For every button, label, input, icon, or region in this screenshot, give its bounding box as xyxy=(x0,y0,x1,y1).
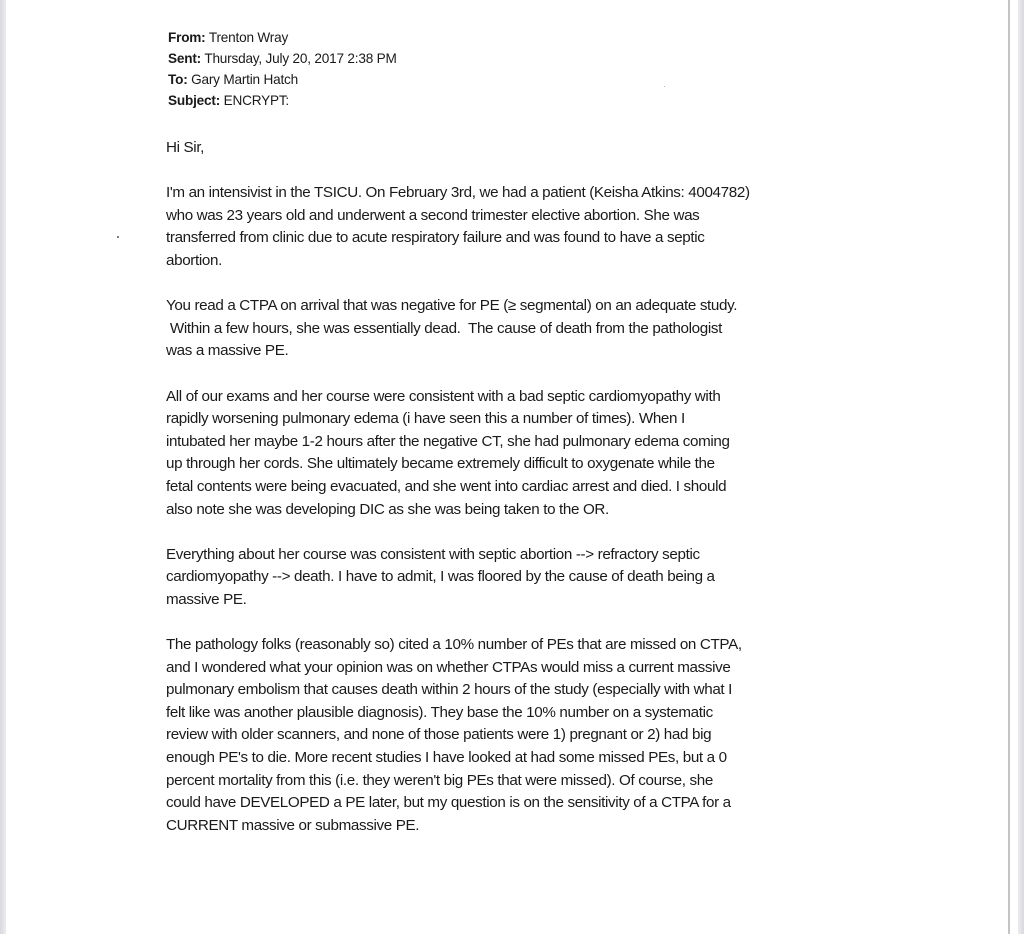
body-line: abortion. xyxy=(166,250,866,273)
body-line: CURRENT massive or submassive PE. xyxy=(166,815,866,838)
body-line: Everything about her course was consiste… xyxy=(166,544,866,567)
body-line: The pathology folks (reasonably so) cite… xyxy=(166,634,866,657)
to-label: To: xyxy=(168,72,188,87)
body-line: I'm an intensivist in the TSICU. On Febr… xyxy=(166,182,866,205)
header-to: To: Gary Martin Hatch xyxy=(168,69,397,90)
body-line: You read a CTPA on arrival that was nega… xyxy=(166,295,866,318)
subject-value: ENCRYPT: xyxy=(224,93,289,108)
header-subject: Subject: ENCRYPT: xyxy=(168,90,397,111)
paragraph-5: The pathology folks (reasonably so) cite… xyxy=(166,634,866,837)
scan-speck xyxy=(117,236,119,238)
to-value: Gary Martin Hatch xyxy=(191,72,298,87)
paragraph-1: I'm an intensivist in the TSICU. On Febr… xyxy=(166,182,866,272)
body-line: review with older scanners, and none of … xyxy=(166,724,866,747)
greeting: Hi Sir, xyxy=(166,137,866,160)
body-line: was a massive PE. xyxy=(166,340,866,363)
sent-value: Thursday, July 20, 2017 2:38 PM xyxy=(204,51,396,66)
body-line: intubated her maybe 1-2 hours after the … xyxy=(166,431,866,454)
from-value: Trenton Wray xyxy=(209,30,288,45)
email-printout-page: From: Trenton Wray Sent: Thursday, July … xyxy=(0,0,1024,934)
scan-speck xyxy=(664,86,665,87)
body-line: All of our exams and her course were con… xyxy=(166,386,866,409)
body-line: percent mortality from this (i.e. they w… xyxy=(166,770,866,793)
body-line: pulmonary embolism that causes death wit… xyxy=(166,679,866,702)
body-line: up through her cords. She ultimately bec… xyxy=(166,453,866,476)
email-body: Hi Sir, I'm an intensivist in the TSICU.… xyxy=(166,137,866,860)
body-line: could have DEVELOPED a PE later, but my … xyxy=(166,792,866,815)
body-line: and I wondered what your opinion was on … xyxy=(166,657,866,680)
body-line: Within a few hours, she was essentially … xyxy=(166,318,866,341)
greeting-text: Hi Sir, xyxy=(166,137,866,160)
body-line: cardiomyopathy --> death. I have to admi… xyxy=(166,566,866,589)
header-from: From: Trenton Wray xyxy=(168,27,397,48)
body-line: felt like was another plausible diagnosi… xyxy=(166,702,866,725)
body-line: also note she was developing DIC as she … xyxy=(166,499,866,522)
paragraph-2: You read a CTPA on arrival that was nega… xyxy=(166,295,866,363)
from-label: From: xyxy=(168,30,206,45)
body-line: fetal contents were being evacuated, and… xyxy=(166,476,866,499)
email-header: From: Trenton Wray Sent: Thursday, July … xyxy=(168,27,397,111)
subject-label: Subject: xyxy=(168,93,220,108)
header-sent: Sent: Thursday, July 20, 2017 2:38 PM xyxy=(168,48,397,69)
body-line: who was 23 years old and underwent a sec… xyxy=(166,205,866,228)
paragraph-4: Everything about her course was consiste… xyxy=(166,544,866,612)
body-line: rapidly worsening pulmonary edema (i hav… xyxy=(166,408,866,431)
body-line: transferred from clinic due to acute res… xyxy=(166,227,866,250)
paragraph-3: All of our exams and her course were con… xyxy=(166,386,866,522)
body-line: massive PE. xyxy=(166,589,866,612)
sent-label: Sent: xyxy=(168,51,201,66)
body-line: enough PE's to die. More recent studies … xyxy=(166,747,866,770)
